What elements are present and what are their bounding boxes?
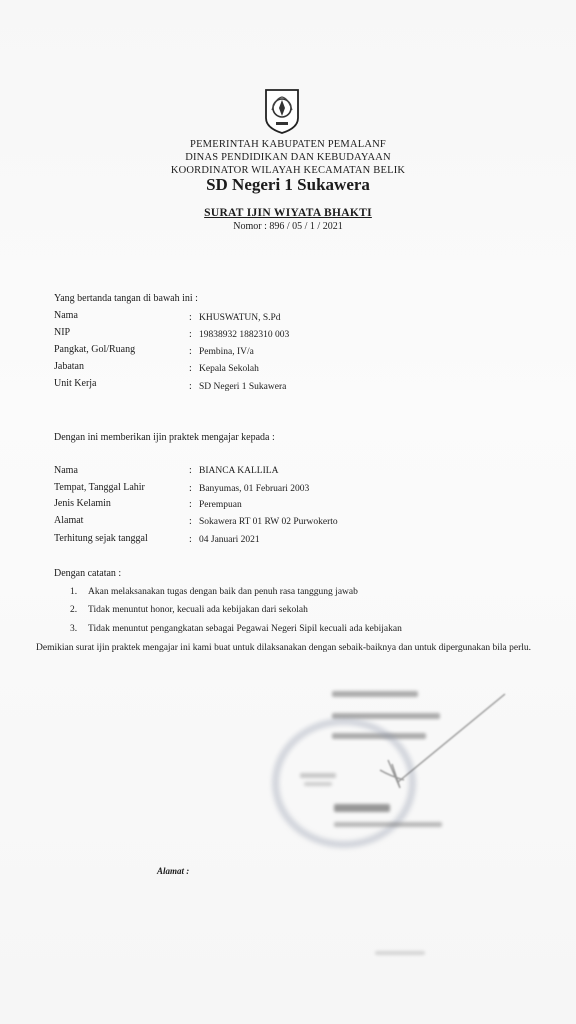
recipient-label-name: Nama [54,465,78,476]
separator: : [189,312,192,323]
recipient-gender: Perempuan [199,500,242,510]
signer-name-blurred [334,804,390,812]
signer-unit: SD Negeri 1 Sukawera [199,382,286,392]
footer-text-blurred [375,951,425,955]
grant-intro: Dengan ini memberikan ijin praktek menga… [54,432,275,443]
note-item: Tidak menuntut honor, kecuali ada kebija… [88,605,308,615]
recipient-birth: Banyumas, 01 Februari 2003 [199,484,309,494]
separator: : [189,329,192,340]
signer-name: KHUSWATUN, S.Pd [199,313,281,323]
recipient-start-date: 04 Januari 2021 [199,535,260,545]
recipient-label-birth: Tempat, Tanggal Lahir [54,482,145,493]
signer-rank: Pembina, IV/a [199,347,254,357]
stamp-text [300,773,336,778]
signer-label-unit: Unit Kerja [54,378,97,389]
signer-label-nip: NIP [54,327,70,338]
separator: : [189,465,192,476]
signer-position: Kepala Sekolah [199,364,259,374]
note-number: 3. [70,624,77,634]
recipient-label-address: Alamat [54,515,83,526]
footer-address-label: Alamat : [157,866,189,876]
signer-label-rank: Pangkat, Gol/Ruang [54,344,135,355]
signer-intro: Yang bertanda tangan di bawah ini : [54,293,198,304]
signer-label-name: Nama [54,310,78,321]
note-item: Akan melaksanakan tugas dengan baik dan … [88,587,358,597]
document-number: Nomor : 896 / 05 / 1 / 2021 [0,221,576,232]
note-item: Tidak menuntut pengangkatan sebagai Pega… [88,624,402,634]
letterhead-line-2: DINAS PENDIDIKAN DAN KEBUDAYAAN [0,151,576,164]
recipient-address: Sokawera RT 01 RW 02 Purwokerto [199,517,338,527]
signer-nip-blurred [334,822,442,827]
separator: : [189,516,192,527]
note-number: 2. [70,605,77,615]
letterhead-line-1: PEMERINTAH KABUPATEN PEMALANF [0,138,576,151]
recipient-label-gender: Jenis Kelamin [54,498,111,509]
separator: : [189,381,192,392]
stamp-text [304,782,332,786]
recipient-label-start-date: Terhitung sejak tanggal [54,533,148,544]
recipient-name: BIANCA KALLILA [199,466,278,476]
signer-label-position: Jabatan [54,361,84,372]
separator: : [189,483,192,494]
note-number: 1. [70,587,77,597]
letter-page: PEMERINTAH KABUPATEN PEMALANF DINAS PEND… [0,0,576,1024]
signature-icon [370,690,510,800]
closing-paragraph: Demikian surat ijin praktek mengajar ini… [36,640,531,656]
separator: : [189,346,192,357]
signer-nip: 19838932 1882310 003 [199,330,289,340]
notes-heading: Dengan catatan : [54,568,121,579]
regency-crest-icon [264,88,300,134]
school-name: SD Negeri 1 Sukawera [0,175,576,195]
separator: : [189,499,192,510]
document-title: SURAT IJIN WIYATA BHAKTI [0,207,576,219]
separator: : [189,363,192,374]
separator: : [189,534,192,545]
